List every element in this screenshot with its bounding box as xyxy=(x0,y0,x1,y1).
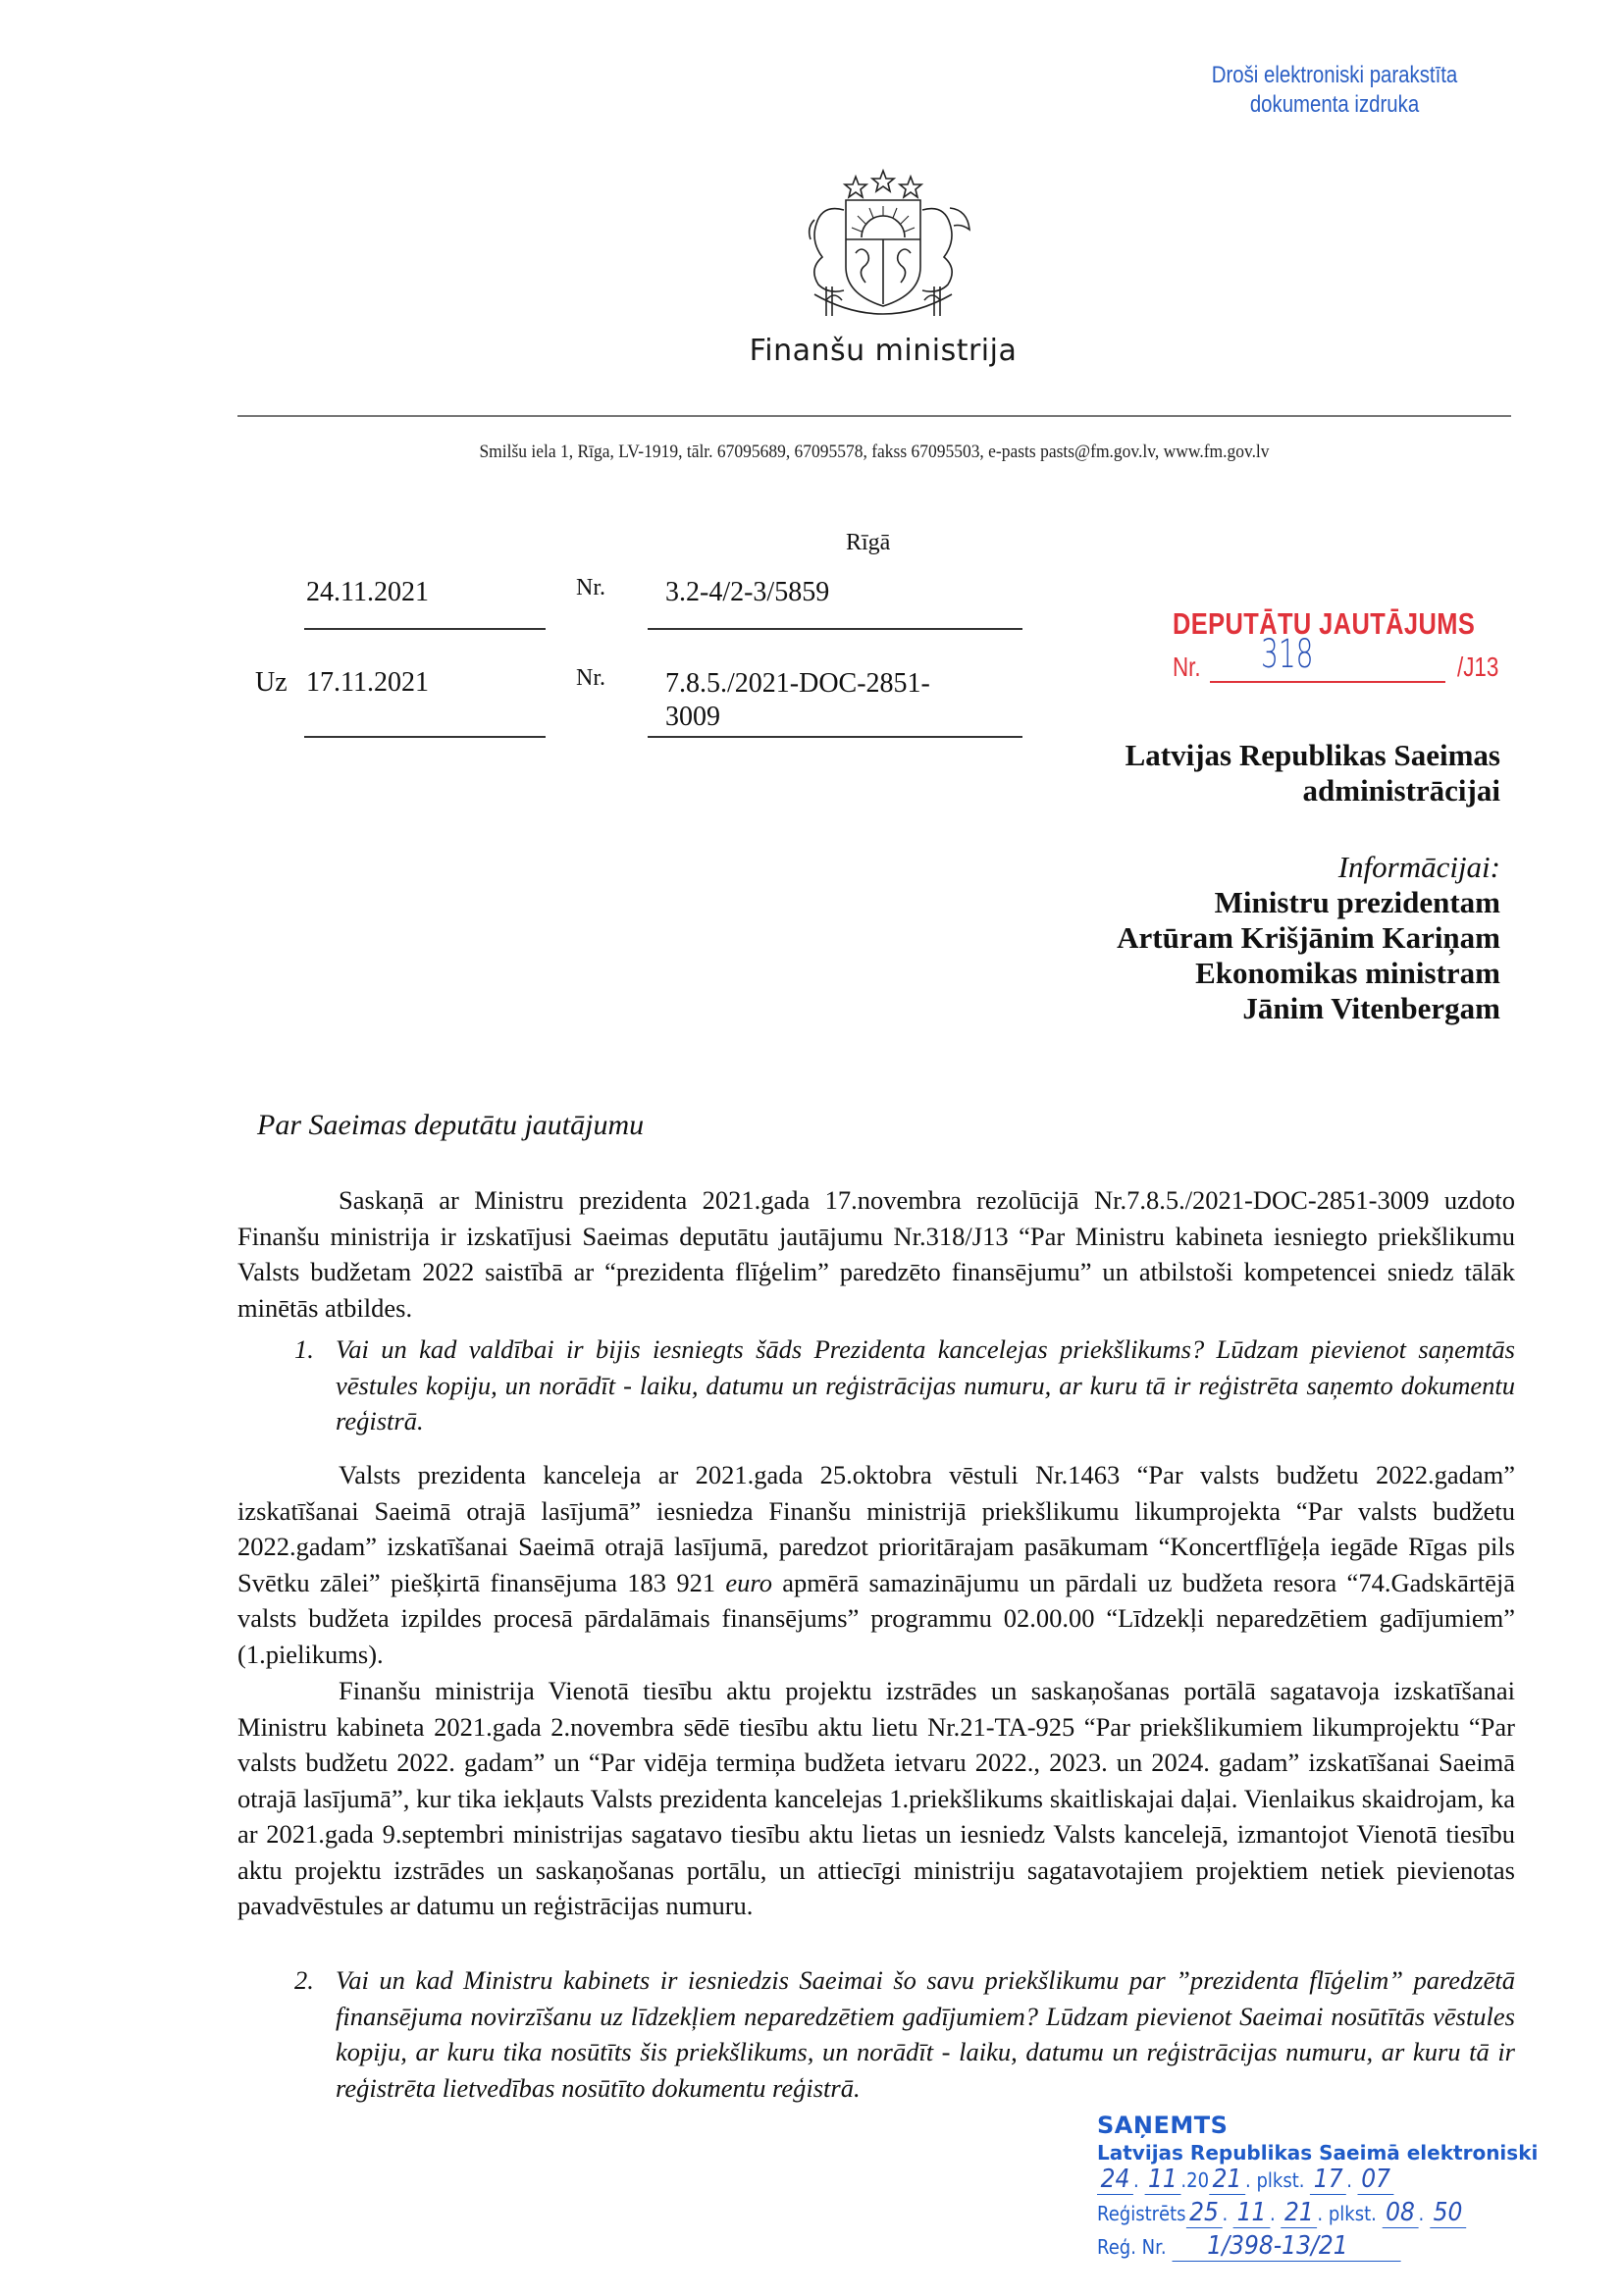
answer-1-paragraph-1: Valsts prezidenta kanceleja ar 2021.gada… xyxy=(237,1457,1515,1672)
registered-day: 25 xyxy=(1186,2198,1223,2228)
cc-line: Ekonomikas ministram xyxy=(1117,956,1500,991)
registered-hour: 08 xyxy=(1383,2198,1419,2228)
cc-line: Artūram Krišjānim Kariņam xyxy=(1117,920,1500,956)
info-label: Informācijai: xyxy=(1117,850,1500,885)
document-date: 24.11.2021 xyxy=(306,577,429,608)
received-day: 24 xyxy=(1097,2165,1133,2195)
question-2: 2. Vai un kad Ministru kabinets ir iesni… xyxy=(257,1962,1515,2106)
esign-notice: Droši elektroniski parakstīta dokumenta … xyxy=(1210,61,1460,120)
inquiry-stamp: DEPUTĀTU JAUTĀJUMS Nr. 318 /J13 xyxy=(1173,606,1542,687)
registration-number-row: Reģ. Nr. 1/398-13/21 xyxy=(1097,2231,1477,2265)
received-stamp-title: SAŅEMTS xyxy=(1097,2112,1519,2139)
header-divider xyxy=(237,415,1511,417)
inquiry-nr-label: Nr. xyxy=(1173,652,1201,683)
document-number: 3.2-4/2-3/5859 xyxy=(665,577,829,608)
registered-label: Reģistrēts xyxy=(1097,2202,1186,2225)
addressee-line1: Latvijas Republikas Saeimas xyxy=(1117,738,1500,773)
registered-year: 21 xyxy=(1281,2198,1317,2228)
latvia-coat-of-arms-icon xyxy=(775,169,991,331)
reply-nr-label: Nr. xyxy=(576,665,605,692)
cc-line: Jānim Vitenbergam xyxy=(1117,991,1500,1026)
received-month: 11 xyxy=(1144,2165,1180,2195)
inquiry-nr-line xyxy=(1210,681,1445,683)
registration-number: 1/398-13/21 xyxy=(1172,2231,1400,2262)
inquiry-handwritten-number: 318 xyxy=(1261,632,1313,677)
reply-number-underline xyxy=(648,736,1022,738)
intro-paragraph: Saskaņā ar Ministru prezidenta 2021.gada… xyxy=(237,1182,1515,1326)
esign-notice-line2: dokumenta izdruka xyxy=(1210,90,1460,120)
inquiry-nr-suffix: /J13 xyxy=(1457,652,1498,683)
reply-number-line1: 7.8.5./2021-DOC-2851- xyxy=(665,667,930,701)
registered-time-label: plkst. xyxy=(1329,2202,1377,2225)
answer-1-p1-currency: euro xyxy=(725,1568,772,1597)
esign-notice-line1: Droši elektroniski parakstīta xyxy=(1210,61,1460,90)
answer-1-p2-text: Finanšu ministrija Vienotā tiesību aktu … xyxy=(237,1673,1515,1924)
received-minute: 07 xyxy=(1358,2165,1394,2195)
reply-date-underline xyxy=(304,736,546,738)
document-date-underline xyxy=(304,628,546,630)
received-hour: 17 xyxy=(1310,2165,1346,2195)
registered-minute: 50 xyxy=(1430,2198,1466,2228)
received-time-label: plkst. xyxy=(1256,2168,1304,2192)
question-1: 1. Vai un kad valdībai ir bijis iesniegt… xyxy=(257,1331,1515,1439)
body-intro: Saskaņā ar Ministru prezidenta 2021.gada… xyxy=(237,1182,1515,1326)
received-year: 21 xyxy=(1209,2165,1245,2195)
ministry-address: Smilšu iela 1, Rīga, LV-1919, tālr. 6709… xyxy=(288,442,1460,463)
received-stamp-subtitle: Latvijas Republikas Saeimā elektroniski xyxy=(1097,2141,1519,2165)
addressee-line2: administrācijai xyxy=(1117,773,1500,809)
registration-nr-label: Reģ. Nr. xyxy=(1097,2235,1167,2259)
document-number-underline xyxy=(648,628,1022,630)
registered-datetime-row: Reģistrēts25. 11. 21. plkst. 08. 50 xyxy=(1097,2198,1477,2231)
question-1-number: 1. xyxy=(294,1331,314,1368)
reply-number-line2: 3009 xyxy=(665,701,930,734)
received-year-prefix: 20 xyxy=(1186,2168,1209,2192)
ministry-name: Finanšu ministrija xyxy=(687,334,1079,368)
reply-number: 7.8.5./2021-DOC-2851- 3009 xyxy=(665,667,930,734)
question-1-text: Vai un kad valdībai ir bijis iesniegts š… xyxy=(336,1331,1515,1439)
received-datetime-row: 24. 11.2021. plkst. 17. 07 xyxy=(1097,2165,1477,2198)
document-nr-label: Nr. xyxy=(576,575,605,601)
question-2-number: 2. xyxy=(294,1962,314,1999)
reply-prefix: Uz xyxy=(255,667,288,699)
inquiry-stamp-number-row: Nr. 318 /J13 xyxy=(1173,648,1542,687)
letter-subject: Par Saeimas deputātu jautājumu xyxy=(257,1109,644,1142)
question-2-text: Vai un kad Ministru kabinets ir iesniedz… xyxy=(336,1962,1515,2106)
place-of-issue: Rīgā xyxy=(846,530,890,556)
answer-1-paragraph-2: Finanšu ministrija Vienotā tiesību aktu … xyxy=(237,1673,1515,1924)
registered-month: 11 xyxy=(1233,2198,1270,2228)
cc-line: Ministru prezidentam xyxy=(1117,885,1500,920)
reply-date: 17.11.2021 xyxy=(306,667,429,699)
inquiry-stamp-title: DEPUTĀTU JAUTĀJUMS xyxy=(1173,606,1475,642)
addressee-block: Latvijas Republikas Saeimas administrāci… xyxy=(1117,738,1500,1026)
received-stamp: SAŅEMTS Latvijas Republikas Saeimā elekt… xyxy=(1097,2112,1519,2265)
